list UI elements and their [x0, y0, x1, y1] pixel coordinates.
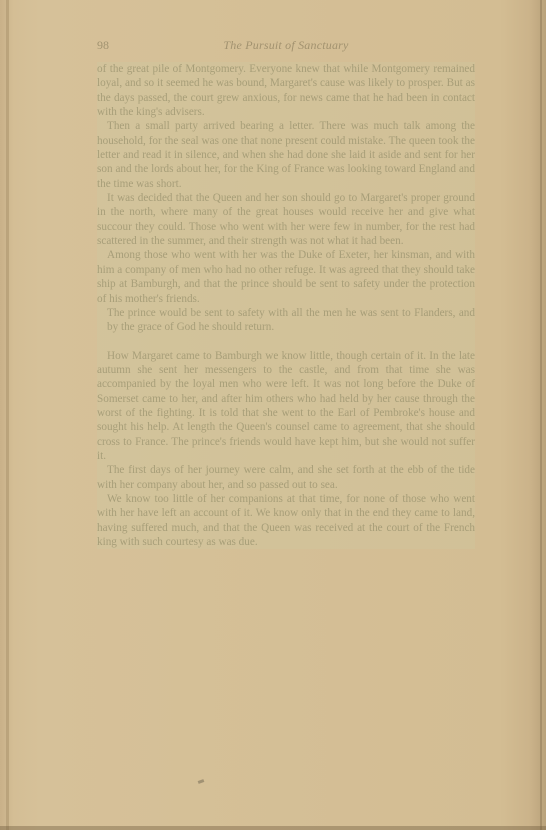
page-edge [540, 0, 542, 830]
paragraph: It was decided that the Queen and her so… [97, 191, 475, 248]
section-gap [97, 335, 475, 349]
block-quote: The prince would be sent to safety with … [97, 306, 475, 335]
paragraph: How Margaret came to Bamburgh we know li… [97, 349, 475, 464]
book-page: 98 The Pursuit of Sanctuary of the great… [0, 0, 546, 830]
running-head: The Pursuit of Sanctuary [97, 38, 475, 53]
ink-mark [198, 779, 205, 784]
spine-edge [6, 0, 9, 830]
page-bottom-edge [0, 826, 546, 830]
paragraph: Among those who went with her was the Du… [97, 248, 475, 305]
paragraph: Then a small party arrived bearing a let… [97, 119, 475, 191]
paragraph: The first days of her journey were calm,… [97, 463, 475, 492]
paragraph: We know too little of her companions at … [97, 492, 475, 549]
body-text: of the great pile of Montgomery. Everyon… [97, 62, 475, 549]
paragraph: of the great pile of Montgomery. Everyon… [97, 62, 475, 119]
page-header: 98 The Pursuit of Sanctuary [97, 38, 475, 54]
